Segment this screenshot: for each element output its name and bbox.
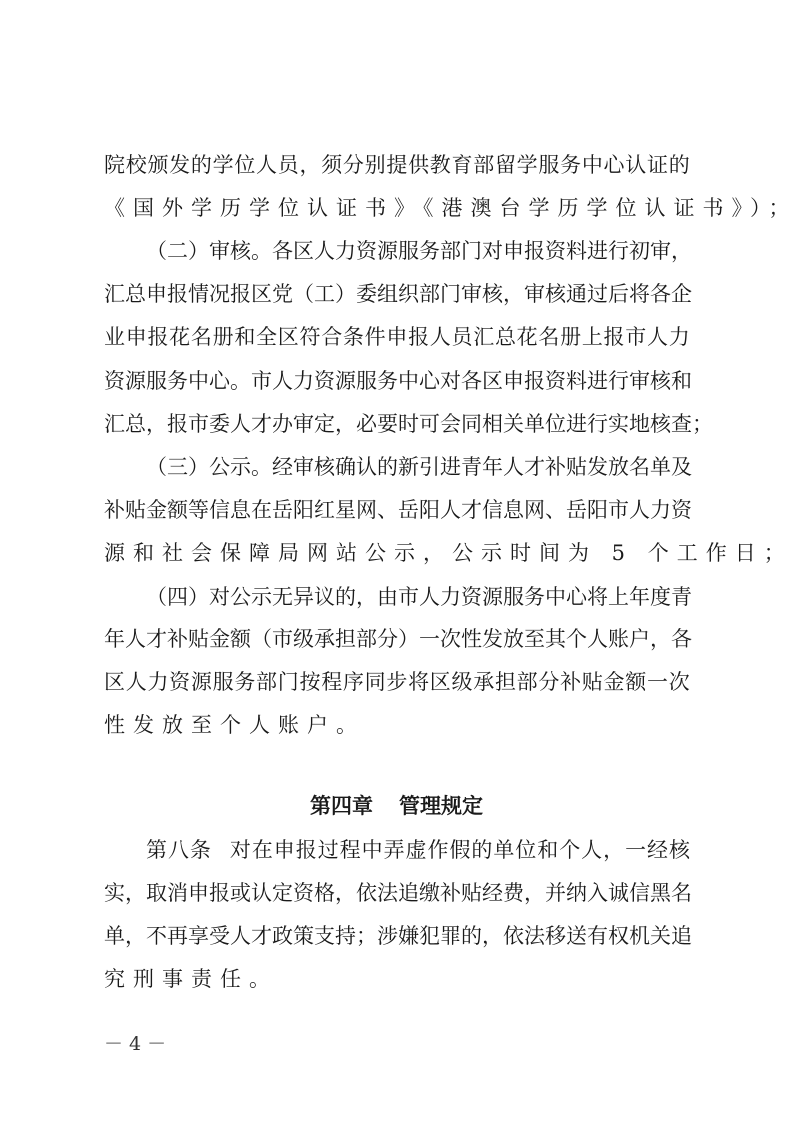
review-paragraph-line: 汇总申报情况报区党（工）委组织部门审核，审核通过后将各企	[104, 279, 690, 309]
article-text: 对在申报过程中弄虚作假的单位和个人，一经核	[230, 838, 690, 862]
article-label: 第八条	[146, 838, 212, 862]
article-8-first-line: 第八条对在申报过程中弄虚作假的单位和个人，一经核	[146, 835, 690, 865]
chapter-title: 管理规定	[399, 790, 483, 822]
paragraph-line: 《国外学历学位认证书》《港澳台学历学位认证书》）；	[104, 193, 690, 223]
review-paragraph-line: （二）审核。各区人力资源服务部门对申报资料进行初审，	[146, 236, 690, 266]
publicity-paragraph-line: （三）公示。经审核确认的新引进青年人才补贴发放名单及	[146, 452, 690, 482]
disbursement-paragraph-line: 年人才补贴金额（市级承担部分）一次性发放至其个人账户，各	[104, 624, 690, 654]
paragraph-line: 院校颁发的学位人员，须分别提供教育部留学服务中心认证的	[104, 150, 690, 180]
disbursement-paragraph-line: （四）对公示无异议的，由市人力资源服务中心将上年度青	[146, 582, 690, 612]
review-paragraph-line: 业申报花名册和全区符合条件申报人员汇总花名册上报市人力	[104, 322, 690, 352]
article-8-line: 究刑事责任。	[104, 964, 690, 994]
article-8-line: 单，不再享受人才政策支持；涉嫌犯罪的，依法移送有权机关追	[104, 921, 690, 951]
publicity-paragraph-line: 源和社会保障局网站公示，公示时间为 5 个工作日；	[104, 538, 690, 568]
review-paragraph-line: 汇总，报市委人才办审定，必要时可会同相关单位进行实地核查；	[104, 409, 690, 439]
article-8-line: 实，取消申报或认定资格，依法追缴补贴经费，并纳入诚信黑名	[104, 878, 690, 908]
publicity-paragraph-line: 补贴金额等信息在岳阳红星网、岳阳人才信息网、岳阳市人力资	[104, 495, 690, 525]
disbursement-paragraph-line: 性发放至个人账户。	[104, 710, 690, 740]
review-paragraph-line: 资源服务中心。市人力资源服务中心对各区申报资料进行审核和	[104, 366, 690, 396]
document-page: 院校颁发的学位人员，须分别提供教育部留学服务中心认证的 《国外学历学位认证书》《…	[0, 0, 793, 1122]
page-number: － 4 －	[104, 1031, 166, 1057]
chapter-heading: 第四章管理规定	[0, 790, 793, 822]
disbursement-paragraph-line: 区人力资源服务部门按程序同步将区级承担部分补贴金额一次	[104, 667, 690, 697]
chapter-number: 第四章	[310, 790, 373, 822]
